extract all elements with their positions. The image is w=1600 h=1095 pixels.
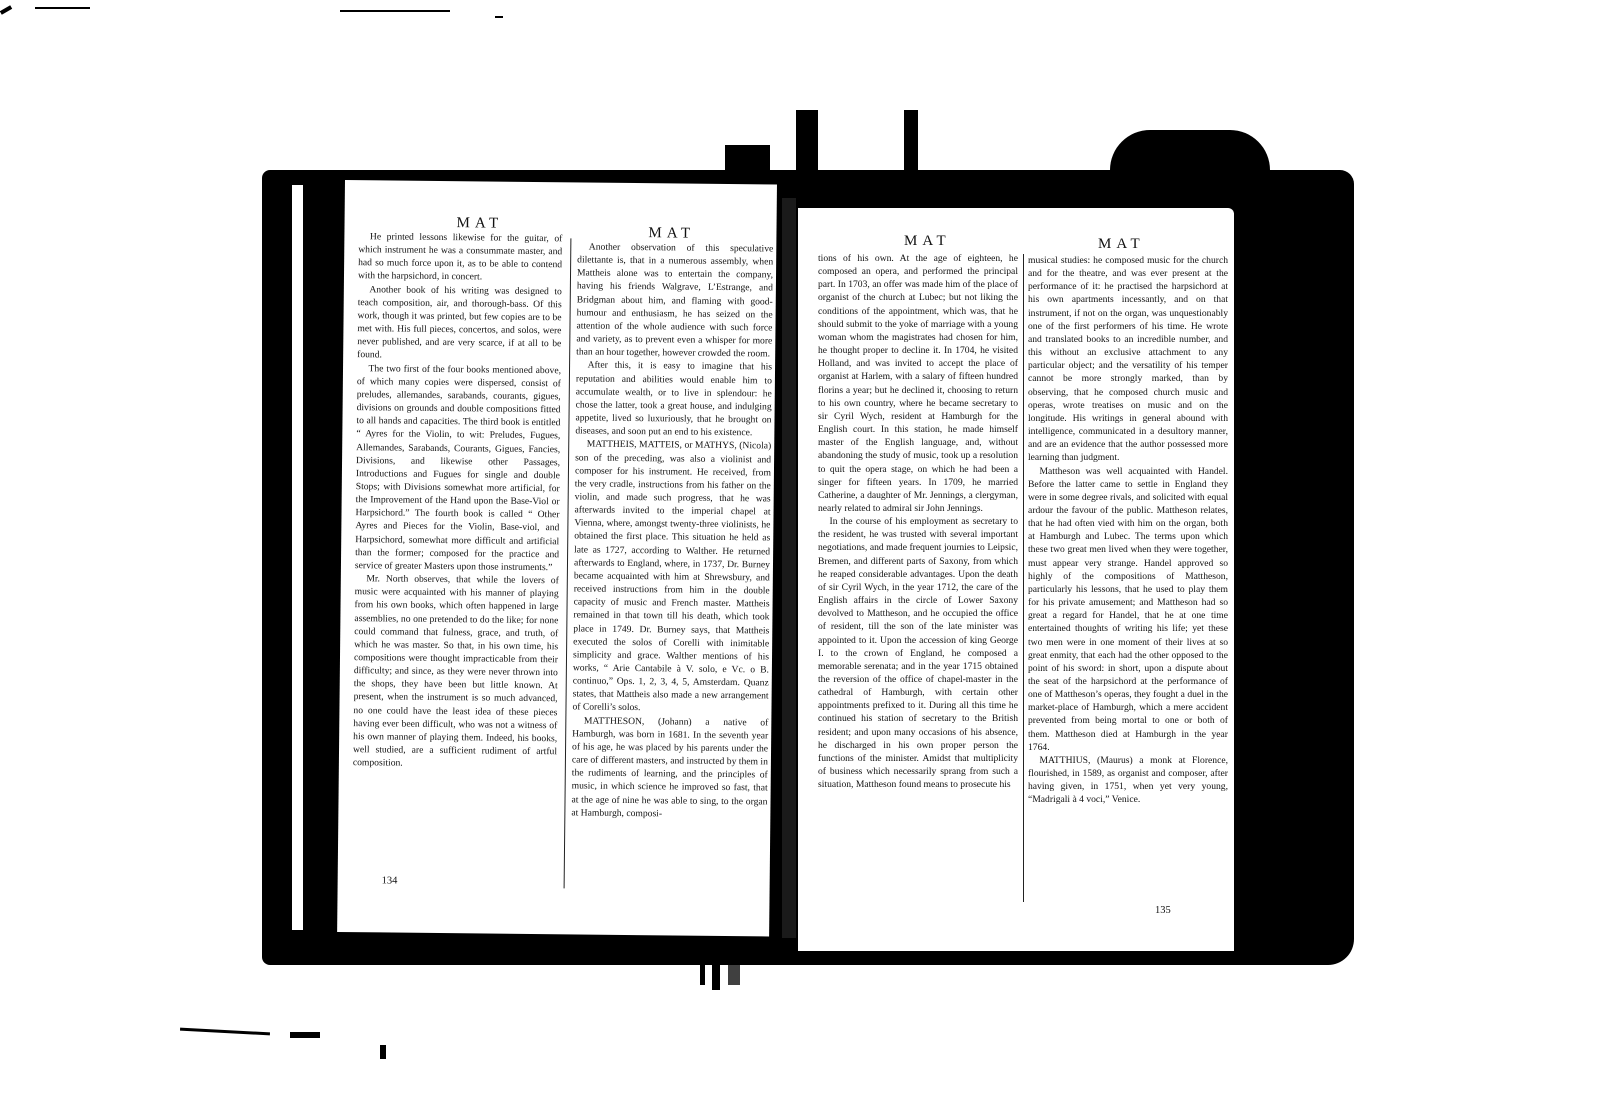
running-head: MAT bbox=[456, 215, 503, 232]
page-number: 135 bbox=[1155, 905, 1171, 916]
binding-tab bbox=[904, 110, 918, 205]
column-1: tions of his own. At the age of eighteen… bbox=[818, 252, 1018, 791]
paragraph: He printed lessons likewise for the guit… bbox=[358, 230, 563, 285]
column-2: Another observation of this speculative … bbox=[571, 240, 773, 821]
paragraph: MATTHESON, (Johann) a native of Hamburgh… bbox=[571, 714, 768, 821]
running-head: MAT bbox=[904, 233, 951, 250]
scan-artifact bbox=[290, 1032, 320, 1038]
column-2: musical studies: he composed music for t… bbox=[1028, 254, 1228, 807]
page-edge bbox=[292, 185, 303, 930]
scan-artifact bbox=[180, 1028, 270, 1036]
paragraph: Mattheson was well acquainted with Hande… bbox=[1028, 465, 1228, 754]
paragraph: In the course of his employment as secre… bbox=[818, 515, 1018, 791]
scan-artifact bbox=[35, 7, 90, 9]
column-1: He printed lessons likewise for the guit… bbox=[353, 230, 563, 772]
left-page: MAT MAT He printed lessons likewise for … bbox=[337, 180, 777, 936]
scan-artifact bbox=[380, 1045, 386, 1059]
scan-artifact bbox=[495, 16, 503, 18]
column-rule bbox=[564, 238, 572, 888]
running-head: MAT bbox=[1098, 236, 1145, 253]
binding-tab bbox=[725, 145, 770, 185]
paragraph: musical studies: he composed music for t… bbox=[1028, 254, 1228, 465]
paragraph: tions of his own. At the age of eighteen… bbox=[818, 252, 1018, 515]
paragraph: MATTHIUS, (Maurus) a monk at Florence, f… bbox=[1028, 754, 1228, 807]
scan-artifact bbox=[0, 5, 12, 14]
binding-tab bbox=[796, 110, 818, 205]
right-page: MAT MAT tions of his own. At the age of … bbox=[798, 208, 1234, 951]
paragraph: The two first of the four books mentione… bbox=[355, 362, 561, 575]
paragraph: Another observation of this speculative … bbox=[576, 240, 773, 360]
paragraph: MATTHEIS, MATTEIS, or MATHYS, (Nicola) s… bbox=[572, 438, 771, 716]
binding-tab bbox=[1110, 130, 1270, 185]
binding-tab bbox=[712, 940, 720, 990]
paragraph: Another book of his writing was designed… bbox=[357, 283, 562, 364]
page-number: 134 bbox=[382, 875, 398, 886]
running-head: MAT bbox=[648, 225, 695, 242]
scan-artifact bbox=[340, 10, 450, 12]
gutter bbox=[782, 198, 796, 938]
binding-tab bbox=[700, 940, 705, 985]
paragraph: Mr. North observes, that while the lover… bbox=[353, 572, 559, 771]
binding-tab bbox=[728, 940, 740, 985]
paragraph: After this, it is easy to imagine that h… bbox=[575, 359, 772, 440]
column-rule bbox=[1023, 254, 1024, 902]
